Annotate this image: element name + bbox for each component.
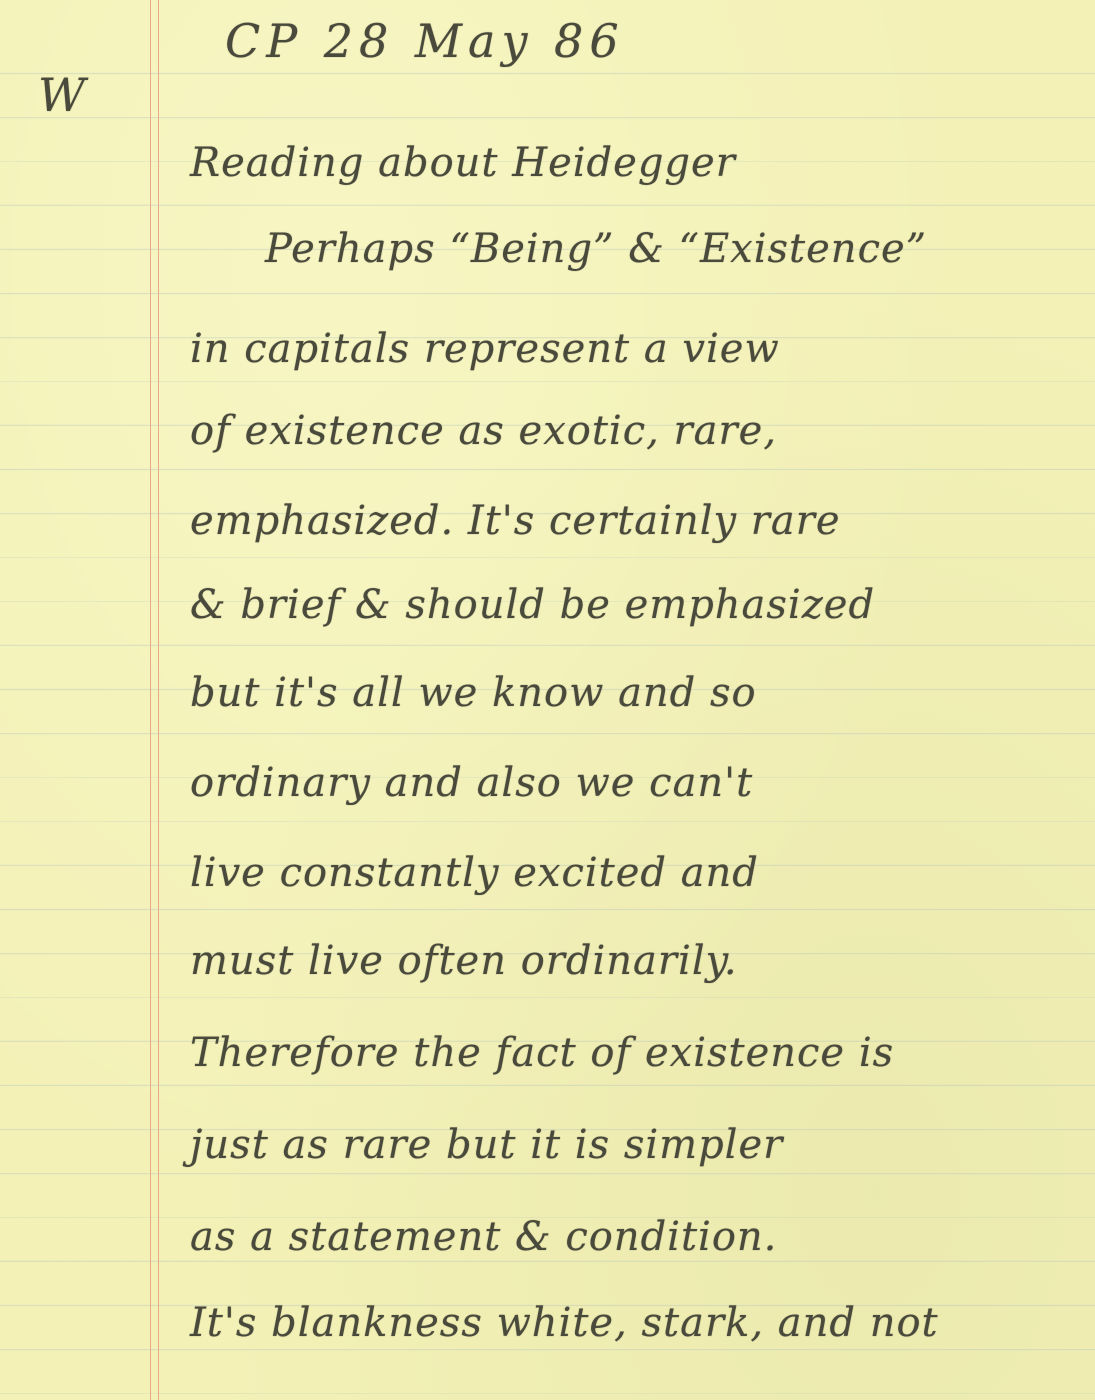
note-line-12: just as rare but it is simpler [190, 1122, 783, 1168]
note-line-5: emphasized. It's certainly rare [190, 498, 841, 544]
note-line-13: as a statement & condition. [190, 1214, 777, 1260]
note-line-3: in capitals represent a view [190, 326, 780, 372]
margin-line-outer [150, 0, 151, 1400]
note-line-7: but it's all we know and so [190, 670, 757, 716]
note-line-2: Perhaps “Being” & “Existence” [265, 226, 927, 272]
note-line-14: It's blankness white, stark, and not [190, 1300, 939, 1346]
note-line-4: of existence as exotic, rare, [190, 408, 777, 454]
note-line-1: Reading about Heidegger [190, 140, 736, 186]
margin-line-inner [158, 0, 159, 1400]
note-line-9: live constantly excited and [190, 850, 759, 896]
margin-mark: W [38, 68, 86, 122]
note-header-date: CP 28 May 86 [225, 14, 625, 68]
note-line-11: Therefore the fact of existence is [190, 1030, 894, 1076]
note-line-8: ordinary and also we can't [190, 760, 753, 806]
note-line-6: & brief & should be emphasized [190, 582, 875, 628]
legal-pad-page: W CP 28 May 86 Reading about Heidegger P… [0, 0, 1095, 1400]
note-line-10: must live often ordinarily. [190, 938, 738, 984]
